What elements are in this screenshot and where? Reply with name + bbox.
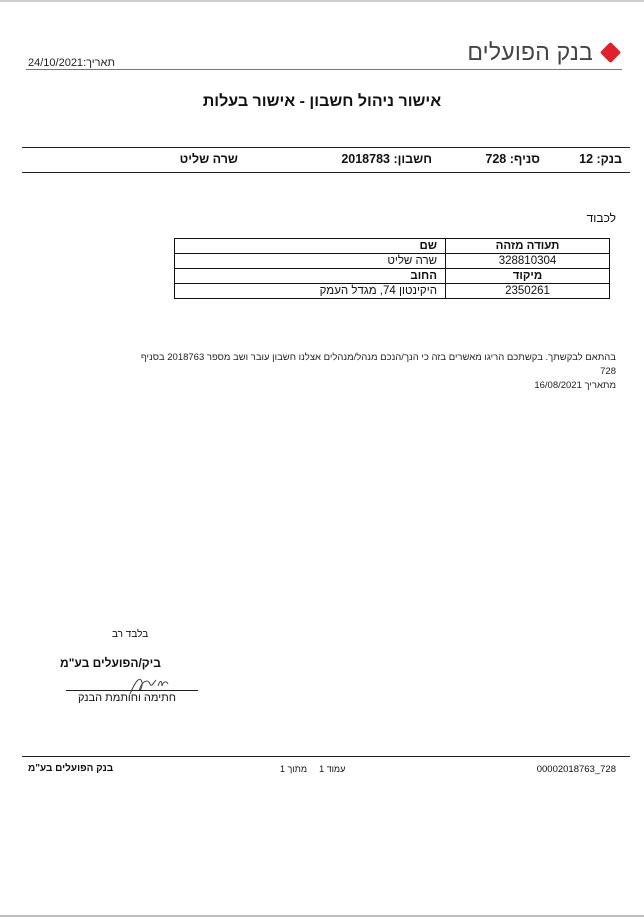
table-cell: תעודה מזהה <box>446 239 610 254</box>
bank-logo: בנק הפועלים <box>467 39 622 66</box>
header-divider <box>26 69 622 70</box>
confirmation-line-1: בהתאם לבקשתך. בקשתכם הריגו מאשרים בזה כי… <box>136 351 616 379</box>
page-total: מתוך 1 <box>280 764 307 774</box>
stamp-company: ביק/הפועלים בע"מ <box>60 656 161 670</box>
footer-divider <box>22 756 630 757</box>
bank-number: בנק: 12 <box>579 152 622 166</box>
account-number: חשבון: 2018783 <box>341 152 432 166</box>
table-cell: 328810304 <box>446 254 610 269</box>
bank-logo-text: בנק הפועלים <box>467 39 593 66</box>
account-bar: בנק: 12 סניף: 728 חשבון: 2018783 שרה שלי… <box>22 147 630 173</box>
holder-info-table: תעודה מזההשם328810304שרה שליטמיקודהחוב23… <box>174 238 610 299</box>
page-number: עמוד 1 <box>319 764 345 774</box>
document-title: אישור ניהול חשבון - אישור בעלות <box>0 93 644 111</box>
table-cell: שרה שליט <box>175 254 446 269</box>
table-cell: החוב <box>175 269 446 284</box>
table-row: 328810304שרה שליט <box>175 254 610 269</box>
table-cell: שם <box>175 239 446 254</box>
table-header-row: מיקודהחוב <box>175 269 610 284</box>
document-reference: 00002018763_728 <box>537 764 616 775</box>
table-cell: מיקוד <box>446 269 610 284</box>
account-bar-bottom-rule <box>22 172 630 173</box>
confirmation-line-2: מתאריך 16/08/2021 <box>136 379 616 393</box>
date-value: 24/10/2021 <box>28 57 83 69</box>
red-diamond-icon <box>600 42 621 63</box>
branch-number: סניף: 728 <box>485 152 540 166</box>
table-cell: היקינטון 74, מגדל העמק <box>175 284 446 299</box>
table-header-row: תעודה מזההשם <box>175 239 610 254</box>
confirmation-text: בהתאם לבקשתך. בקשתכם הריגו מאשרים בזה כי… <box>136 351 616 393</box>
date-label: תאריך: <box>83 57 115 69</box>
signature-caption: חתימה וחותמת הבנק <box>78 692 176 704</box>
footer-company: בנק הפועלים בע"מ <box>28 763 113 774</box>
print-date: תאריך:24/10/2021 <box>28 57 115 69</box>
signature-line <box>66 690 198 691</box>
stamp-note: בלבד רב <box>112 629 148 640</box>
table-cell: 2350261 <box>446 284 610 299</box>
table-row: 2350261היקינטון 74, מגדל העמק <box>175 284 610 299</box>
page-indicator: עמוד 1 מתוך 1 <box>280 764 345 774</box>
salutation: לכבוד <box>587 211 616 225</box>
account-holder-name: שרה שליט <box>180 152 238 166</box>
